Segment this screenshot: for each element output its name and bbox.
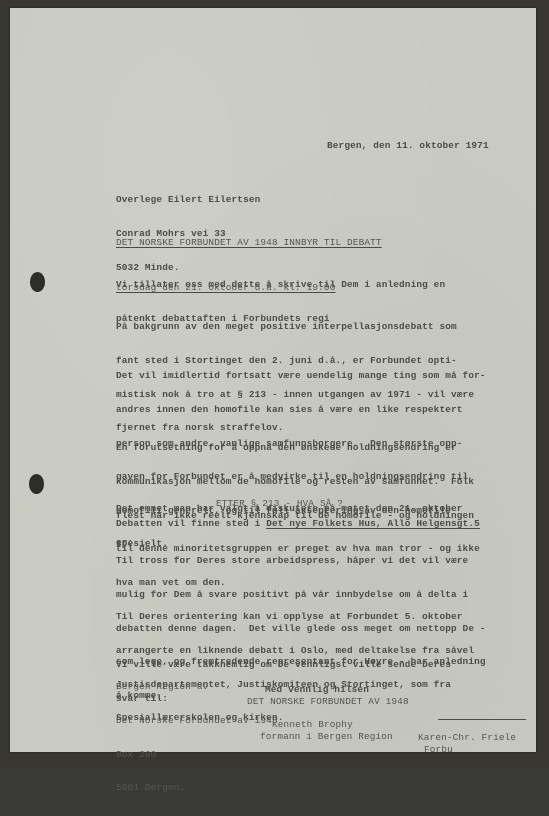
text-line: Til Deres orientering kan vi opplyse at …: [116, 611, 474, 622]
text-line: andres innen den homofile kan sies å vær…: [116, 404, 486, 415]
text-line: Det vil imidlertid fortsatt være uendeli…: [116, 370, 486, 381]
address-line: Box 260: [116, 749, 278, 760]
punch-hole-bottom: [29, 474, 44, 494]
closing-greeting: Med vennlig hilsen: [265, 684, 369, 695]
signer-1-title: formann i Bergen Region: [260, 731, 393, 742]
signer-2-name: Karen-Chr. Friele: [418, 732, 516, 743]
letter-page: Bergen, den 11. oktober 1971 Overlege Ei…: [10, 8, 536, 752]
text-line: På bakgrunn av den meget positive interp…: [116, 321, 474, 332]
date-line: Bergen, den 11. oktober 1971: [327, 140, 489, 151]
address-line: Det Norske Forbundet av 1948: [116, 715, 278, 726]
venue-line: Debatten vil finne sted i Det nye Folket…: [116, 518, 480, 529]
venue-prefix: Debatten vil finne sted i: [116, 518, 266, 529]
venue-name: Det nye Folkets Hus, Allo Helgensgt.5: [266, 518, 480, 529]
debate-topic: ETTER § 213 - HVA SÅ ?: [216, 498, 343, 509]
event-date: torsdag den 21. oktober d.å. kl. 19.00: [116, 282, 336, 293]
address-line: Bergen Region av: [116, 681, 278, 692]
signer-1-name: Kenneth Brophy: [272, 719, 353, 730]
text-line: Til tross for Deres store arbeidspress, …: [116, 555, 486, 566]
signature-line: [438, 719, 526, 720]
punch-hole-top: [30, 272, 45, 292]
text-line: En forutsetning for å oppnå den ønskede …: [116, 442, 480, 453]
recipient-line: Overlege Eilert Eilertsen: [116, 194, 260, 205]
signer-2-title: Forbu: [424, 744, 453, 755]
closing-organization: DET NORSKE FORBUNDET AV 1948: [247, 696, 409, 707]
letter-heading: DET NORSKE FORBUNDET AV 1948 INNBYR TIL …: [116, 237, 382, 248]
reply-address: Bergen Region av Det Norske Forbundet av…: [116, 659, 278, 768]
